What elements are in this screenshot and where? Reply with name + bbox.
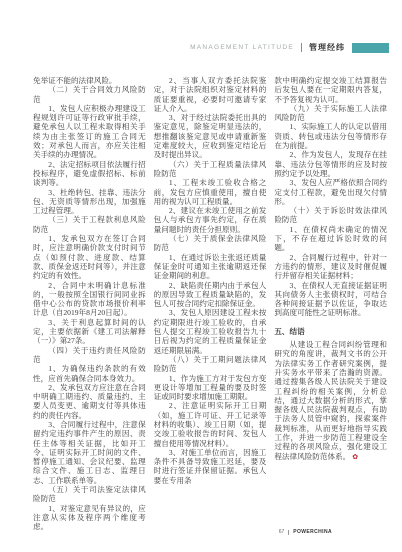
paragraph: 3、发包人应严格依照合同约定支付工程款，避免出现欠付情形。	[274, 178, 387, 206]
closing-paragraph-text: 从建设工程合同纠纷管理和研究的角度讲，裁判文书的公开为法律实务工作者研究案例，提…	[274, 340, 387, 461]
paragraph: 1、发承包双方在签订合同时，应注意明确价款支付时间节点（如预付款、进度款、结算款…	[33, 234, 146, 280]
header-chinese-label: 管理经纬	[309, 42, 345, 53]
paragraph: 2、发承包双方应注意在合同中明确工期违约、质量违约、主要人员变更、逾期支付等具体…	[33, 383, 146, 420]
end-of-article-icon: ✿	[350, 453, 358, 461]
header-divider	[301, 43, 302, 52]
section-heading: （九）关于实际施工人法律风险防范	[274, 104, 387, 123]
section-heading: （二）关于合同效力风险防范	[33, 85, 146, 104]
page-header: MANAGEMENT LATITUDE 管理经纬	[0, 42, 389, 53]
brand-label: POWERCHINA	[293, 529, 332, 535]
paragraph: 3、在债权人无直接证据证明其向债务人主张债权时，可结合各种间接证据予以佐证，争取…	[274, 281, 387, 318]
header-english-label: MANAGEMENT LATITUDE	[190, 44, 294, 51]
paragraph: 1、作为施工方对于发包方变更设计等增加工程量的要及时签证或同时要求增加施工期限。	[154, 374, 267, 402]
paragraph: 1、为确保违约条款的有效性，应首先确保合同本身效力。	[33, 364, 146, 383]
article-body: 免举证不能的法律风险。 （二）关于合同效力风险防范 1、发包人应积极办理建设工程…	[33, 76, 387, 532]
page-footer: 67 POWERCHINA	[279, 529, 332, 535]
header-accent-bar	[352, 43, 389, 53]
paragraph: 1、工程未竣工验收合格之前，发包方应慎重使用，擅自使用的视为认可工程质量。	[154, 178, 267, 206]
section-heading: （四）关于违约责任风险防范	[33, 346, 146, 365]
column-3: 款中明确约定提交竣工结算报告后发包人要在一定期限内答复，不予答复视为认可。 （九…	[274, 76, 387, 532]
section-heading: （十）关于诉讼时效法律风险防范	[274, 206, 387, 225]
paragraph: 1、对鉴定意见有异议的，应注意从实体及程序两个维度考虑。	[33, 504, 146, 532]
section-heading: （三）关于工程款利息风险防范	[33, 215, 146, 234]
paragraph: 1、发包人应积极办理建设工程规划许可证等行政审批手续，避免承包人以工程未取得相关…	[33, 104, 146, 160]
paragraph: 3、对施工单位而言，因施工条件不具备导致施工迟延，要及时进行签证并保留证据。承包…	[154, 448, 267, 485]
column-2: 2、当事人双方委托法院鉴定，对于法院组织对鉴定材料的质证要重视，必要时可邀请专家…	[154, 76, 267, 532]
paragraph: 1、在通过诉讼主张返还质量保证金时可通知主张逾期返还保证金期间的利息。	[154, 253, 267, 281]
paragraph: 3、关于利息起算时间的认定，主要依据新《建工司法解释（一）》第27条。	[33, 318, 146, 346]
paragraph: 免举证不能的法律风险。	[33, 76, 146, 85]
paragraph: 3、发包人原因建设工程未按约定期限进行竣工验收的，自承包人提交工程竣工验收报告九…	[154, 308, 267, 354]
paragraph: 2、合同中未明确计息标准的，一般按照全国银行间同业拆借中心公布的贷款市场报价利率…	[33, 281, 146, 318]
section-heading: （七）关于质保金法律风险防范	[154, 234, 267, 253]
paragraph: 3、杜绝转包、挂靠、违法分包、无资质等情形出现，加强施工过程管理。	[33, 188, 146, 216]
paragraph: 款中明确约定提交竣工结算报告后发包人要在一定期限内答复，不予答复视为认可。	[274, 76, 387, 104]
paragraph: 1、在债权尚未确定的情况下，不存在超过诉讼时效的问题。	[274, 225, 387, 253]
section-heading: （六）关于工程质量法律风险防范	[154, 160, 267, 179]
paragraph: 2、作为发包人，发现存在挂靠、违法分包等情形的应及时按照约定予以处理。	[274, 150, 387, 178]
paragraph: 3、对于经过法院委托出具的鉴定意见，除鉴定明显违法的，想推翻该鉴定意见或申请重新…	[154, 113, 267, 159]
section-heading: （五）关于司法鉴定法律风险防范	[33, 485, 146, 504]
paragraph: 2、当事人双方委托法院鉴定，对于法院组织对鉴定材料的质证要重视，必要时可邀请专家…	[154, 76, 267, 113]
column-1: 免举证不能的法律风险。 （二）关于合同效力风险防范 1、发包人应积极办理建设工程…	[33, 76, 146, 532]
closing-section-heading: 五、结语	[274, 327, 387, 336]
paragraph: 2、注意证明实际开工日期（如，施工许可证、开工记录等材料的收集）、竣工日期（如，…	[154, 401, 267, 447]
paragraph: 2、合同履行过程中，针对一方违约的情形，建议及时催促履行并留存相关证据材料；	[274, 253, 387, 281]
paragraph: 3、合同履行过程中，注意保留约定违约事件产生的原因、责任主体等相关证据，比如开工…	[33, 420, 146, 485]
paragraph: 1、实际施工人的认定以借用资质、转包或违法分包等情形存在为前提。	[274, 122, 387, 150]
paragraph: 2、缺陷责任期内由于承包人的原因导致工程质量缺陷的，发包人可按合同约定扣除保证金…	[154, 281, 267, 309]
footer-divider	[288, 530, 289, 535]
magazine-page: MANAGEMENT LATITUDE 管理经纬 免举证不能的法律风险。 （二）…	[0, 0, 402, 552]
paragraph: 2、建议在未竣工使用之前发包人与承包方事先约定，存在质量问题时的责任分担原则。	[154, 206, 267, 234]
page-number: 67	[279, 529, 285, 535]
closing-paragraph: 从建设工程合同纠纷管理和研究的角度讲，裁判文书的公开为法律实务工作者研究案例，提…	[274, 340, 387, 462]
paragraph: 2、法定招标项目依法履行招投标程序，避免虚假招标、标前谈判等。	[33, 160, 146, 188]
section-heading: （八）关于工期问题法律风险防范	[154, 355, 267, 374]
